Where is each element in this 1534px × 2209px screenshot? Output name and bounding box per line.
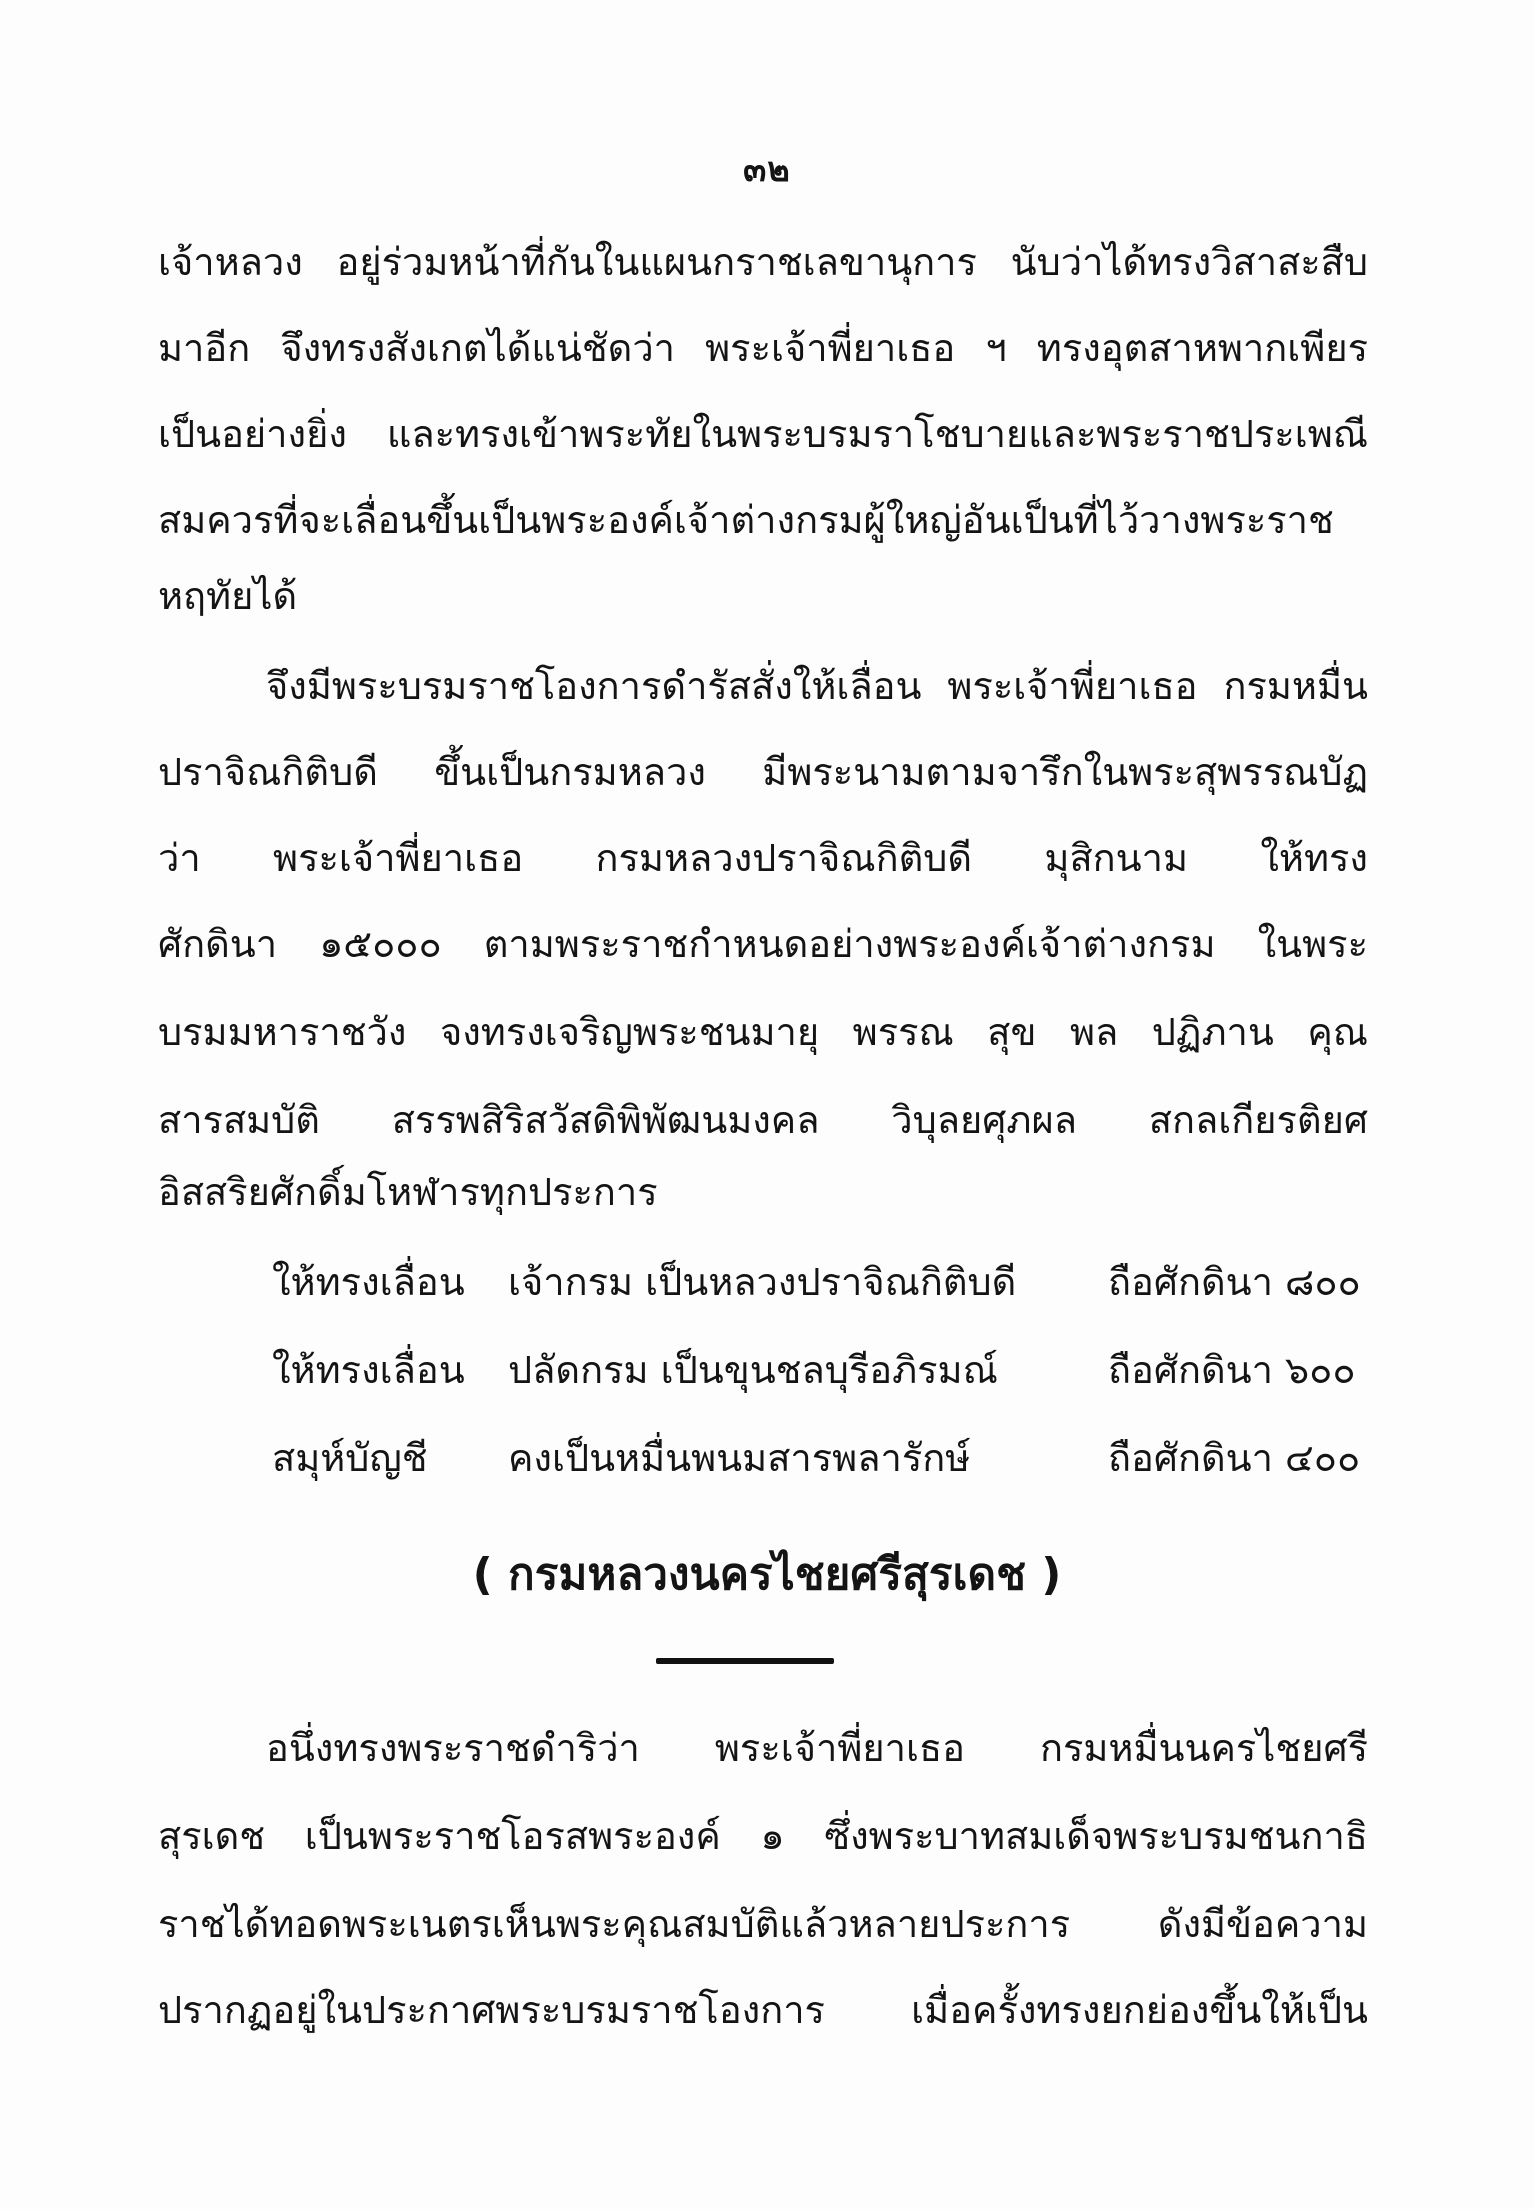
section-divider — [656, 1658, 834, 1664]
grant-row: ให้ทรงเลื่อน เจ้ากรม เป็นหลวงปราจิณกิติบ… — [272, 1252, 1372, 1312]
text-line: จึงมีพระบรมราชโองการดำรัสสั่งให้เลื่อน พ… — [266, 656, 1368, 716]
text-line: อิสสริยศักดิ์มโหฬารทุกประการ — [158, 1162, 1368, 1222]
grant-sakdina: ถือศักดินา ๘๐๐ — [1108, 1252, 1361, 1312]
document-page: ๓๒ เจ้าหลวง อยู่ร่วมหน้าที่กันในแผนกราชเ… — [0, 0, 1534, 2209]
grant-row: ให้ทรงเลื่อน ปลัดกรม เป็นขุนชลบุรีอภิรมณ… — [272, 1340, 1372, 1400]
text-line: เป็นอย่างยิ่ง และทรงเข้าพระทัยในพระบรมรา… — [158, 404, 1368, 464]
grant-action: สมุห์บัญชี — [272, 1428, 428, 1488]
section-heading: ( กรมหลวงนครไชยศรีสุรเดช ) — [0, 1540, 1534, 1610]
text-line: บรมมหาราชวัง จงทรงเจริญพระชนมายุ พรรณ สุ… — [158, 1002, 1368, 1062]
text-line: ศักดินา ๑๕๐๐๐ ตามพระราชกำหนดอย่างพระองค์… — [158, 914, 1368, 974]
grant-action: ให้ทรงเลื่อน — [272, 1252, 465, 1312]
text-line: ปราจิณกิติบดี ขึ้นเป็นกรมหลวง มีพระนามตา… — [158, 742, 1368, 802]
text-line: ว่า พระเจ้าพี่ยาเธอ กรมหลวงปราจิณกิติบดี… — [158, 828, 1368, 888]
grant-sakdina: ถือศักดินา ๖๐๐ — [1108, 1340, 1356, 1400]
text-line: ราชได้ทอดพระเนตรเห็นพระคุณสมบัติแล้วหลาย… — [158, 1894, 1368, 1954]
grant-title: เจ้ากรม เป็นหลวงปราจิณกิติบดี — [508, 1252, 1016, 1312]
text-line: ปรากฏอยู่ในประกาศพระบรมราชโองการ เมื่อคร… — [158, 1980, 1368, 2040]
text-line: สมควรที่จะเลื่อนขึ้นเป็นพระองค์เจ้าต่างก… — [158, 490, 1368, 550]
text-line: อนึ่งทรงพระราชดำริว่า พระเจ้าพี่ยาเธอ กร… — [266, 1718, 1368, 1778]
text-line: มาอีก จึงทรงสังเกตได้แน่ชัดว่า พระเจ้าพี… — [158, 318, 1368, 378]
grant-row: สมุห์บัญชี คงเป็นหมื่นพนมสารพลารักษ์ ถือ… — [272, 1428, 1372, 1488]
grant-action: ให้ทรงเลื่อน — [272, 1340, 465, 1400]
page-number: ๓๒ — [0, 142, 1534, 196]
grant-sakdina: ถือศักดินา ๔๐๐ — [1108, 1428, 1360, 1488]
text-line: หฤทัยได้ — [158, 566, 1368, 626]
text-line: เจ้าหลวง อยู่ร่วมหน้าที่กันในแผนกราชเลขา… — [158, 232, 1368, 292]
grant-title: ปลัดกรม เป็นขุนชลบุรีอภิรมณ์ — [508, 1340, 998, 1400]
grant-title: คงเป็นหมื่นพนมสารพลารักษ์ — [508, 1428, 970, 1488]
text-line: สุรเดช เป็นพระราชโอรสพระองค์ ๑ ซึ่งพระบา… — [158, 1806, 1368, 1866]
text-line: สารสมบัติ สรรพสิริสวัสดิพิพัฒนมงคล วิบุล… — [158, 1090, 1368, 1150]
